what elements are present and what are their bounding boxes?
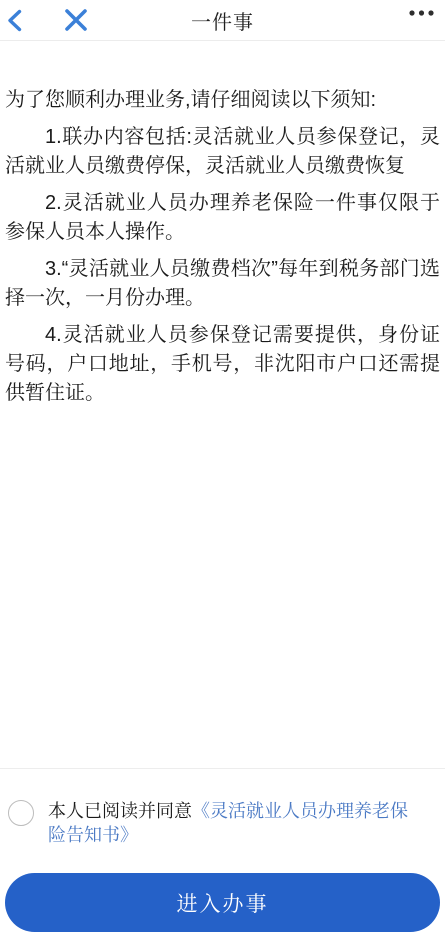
notice-item-3: 3.“灵活就业人员缴费档次”每年到税务部门选择一次，一月份办理。 — [5, 255, 440, 313]
enter-service-button[interactable]: 进入办事 — [5, 873, 440, 932]
ellipsis-icon — [408, 9, 435, 17]
navbar-left — [0, 7, 89, 33]
notice-item-1: 1.联办内容包括:灵活就业人员参保登记，灵活就业人员缴费停保，灵活就业人员缴费恢… — [5, 123, 440, 181]
agreement-prefix: 本人已阅读并同意 — [48, 801, 192, 821]
agreement-checkbox[interactable] — [8, 800, 34, 826]
close-x-icon — [63, 7, 89, 33]
notice-item-2: 2.灵活就业人员办理养老保险一件事仅限于参保人员本人操作。 — [5, 189, 440, 247]
app-screen: 一件事 为了您顺利办理业务,请仔细阅读以下须知: 1.联办内容包括:灵活就业人员… — [0, 0, 445, 938]
notice-intro: 为了您顺利办理业务,请仔细阅读以下须知: — [5, 86, 440, 115]
back-button[interactable] — [5, 9, 24, 32]
agreement-row: 本人已阅读并同意《灵活就业人员办理养老保险告知书》 — [0, 769, 445, 847]
agreement-text: 本人已阅读并同意《灵活就业人员办理养老保险告知书》 — [48, 799, 420, 847]
notice-item-4: 4.灵活就业人员参保登记需要提供，身份证号码，户口地址，手机号，非沈阳市户口还需… — [5, 321, 440, 408]
chevron-left-icon — [5, 9, 24, 32]
close-button[interactable] — [63, 7, 89, 33]
navbar: 一件事 — [0, 0, 445, 41]
more-menu-button[interactable] — [408, 9, 435, 17]
bottom-action-bar: 本人已阅读并同意《灵活就业人员办理养老保险告知书》 进入办事 — [0, 768, 445, 938]
notice-content: 为了您顺利办理业务,请仔细阅读以下须知: 1.联办内容包括:灵活就业人员参保登记… — [0, 41, 445, 408]
